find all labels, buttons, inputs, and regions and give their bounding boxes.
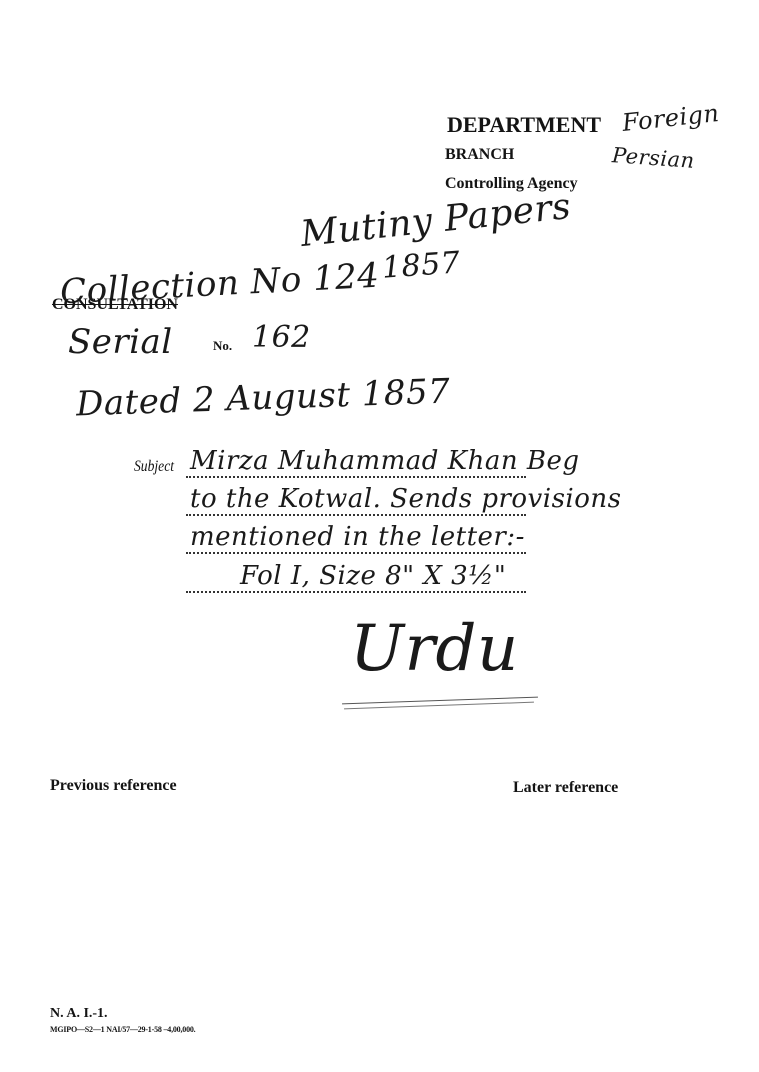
- subject-dotline-2: [186, 514, 526, 516]
- subject-label: Subject: [134, 458, 174, 476]
- language-text: Urdu: [350, 612, 519, 686]
- department-value: Foreign: [621, 99, 721, 137]
- dated-text: Dated 2 August 1857: [75, 371, 451, 424]
- form-number: N. A. I.-1.: [50, 1006, 108, 1022]
- collection-year: 1857: [381, 245, 462, 285]
- subject-line-2: to the Kotwal. Sends provisions: [190, 484, 621, 514]
- subject-line-3: mentioned in the letter:-: [190, 522, 525, 552]
- consultation-label: CONSULTATION: [52, 296, 178, 314]
- collection-title: Mutiny Papers: [299, 186, 573, 255]
- subject-dotline-1: [186, 476, 526, 478]
- subject-dotline-4: [186, 591, 526, 593]
- serial-label: Serial: [68, 322, 173, 362]
- department-label: DEPARTMENT: [447, 112, 601, 138]
- later-reference-label: Later reference: [513, 779, 618, 797]
- subject-line-4: Fol I, Size 8" X 3½": [240, 561, 506, 591]
- branch-value: Persian: [611, 143, 695, 173]
- subject-line-1: Mirza Muhammad Khan Beg: [190, 446, 579, 476]
- print-code: MGIPO—S2—1 NAI/57—29-1-58 –4,00,000.: [50, 1025, 195, 1034]
- serial-no-label: No.: [213, 338, 232, 354]
- previous-reference-label: Previous reference: [50, 777, 177, 795]
- branch-label: BRANCH: [445, 146, 514, 164]
- serial-number: 162: [252, 320, 311, 355]
- subject-dotline-3: [186, 552, 526, 554]
